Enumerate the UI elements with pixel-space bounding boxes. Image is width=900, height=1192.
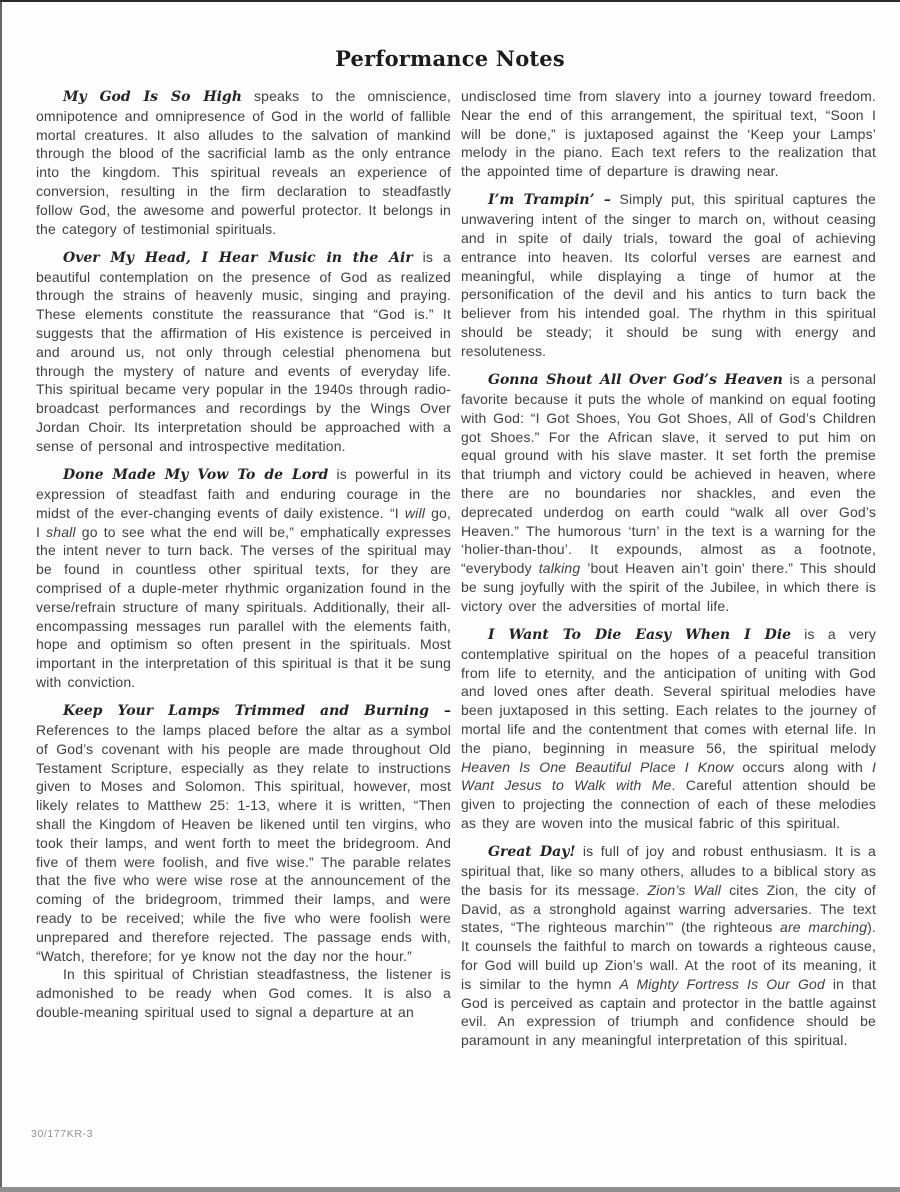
text-run: occurs along with — [733, 759, 872, 775]
footer-plate-number: 30/177KR-3 — [31, 1128, 93, 1140]
paragraph-lead-title: I’m Trampin’ – — [488, 192, 611, 208]
paragraph-lead-title: Done Made My Vow To de Lord — [63, 467, 328, 483]
left-column: My God Is So High speaks to the omniscie… — [36, 87, 451, 1050]
italic-text-run: talking — [539, 560, 581, 576]
italic-text-run: Heaven Is One Beautiful Place I Know — [461, 759, 733, 775]
paragraph: My God Is So High speaks to the omniscie… — [36, 87, 451, 238]
paragraph: Done Made My Vow To de Lord is powerful … — [36, 465, 451, 692]
paragraph: Gonna Shout All Over God’s Heaven is a p… — [461, 370, 876, 615]
paragraph-lead-title: I Want To Die Easy When I Die — [488, 627, 791, 643]
paragraph: Keep Your Lamps Trimmed and Burning – Re… — [36, 701, 451, 965]
paragraph-lead-title: Gonna Shout All Over God’s Heaven — [488, 372, 783, 388]
text-run: is a very contemplative spiritual on the… — [461, 626, 876, 756]
paragraph: I’m Trampin’ – Simply put, this spiritua… — [461, 190, 876, 360]
italic-text-run: are marching — [780, 919, 867, 935]
scan-edge-bottom-bar — [0, 1187, 900, 1192]
text-run: is a beautiful contemplation on the pres… — [36, 249, 451, 454]
text-run: speaks to the omniscience, omnipotence a… — [36, 88, 451, 237]
italic-text-run: shall — [46, 524, 76, 540]
paragraph-lead-title: My God Is So High — [63, 89, 242, 105]
paragraph: Great Day! is full of joy and robust ent… — [461, 842, 876, 1050]
paragraph: Over My Head, I Hear Music in the Air is… — [36, 248, 451, 456]
paragraph-lead-title: Keep Your Lamps Trimmed and Burning – — [63, 703, 451, 719]
text-run: Simply put, this spiritual captures the … — [461, 191, 876, 358]
page-title: Performance Notes — [0, 0, 900, 71]
columns-container: My God Is So High speaks to the omniscie… — [36, 87, 876, 1050]
scan-edge-left-line — [0, 0, 2, 1192]
text-run: undisclosed time from slavery into a jou… — [461, 88, 876, 179]
text-run: is a personal favorite because it puts t… — [461, 371, 876, 576]
text-run: In this spiritual of Christian steadfast… — [36, 966, 451, 1020]
right-column: undisclosed time from slavery into a jou… — [461, 87, 876, 1050]
page: Performance Notes My God Is So High spea… — [0, 0, 900, 1192]
paragraph: I Want To Die Easy When I Die is a very … — [461, 625, 876, 833]
paragraph-lead-title: Great Day! — [488, 844, 576, 860]
paragraph: undisclosed time from slavery into a jou… — [461, 87, 876, 181]
scan-edge-top-line — [0, 0, 900, 2]
text-run: go to see what the end will be,” emphati… — [36, 524, 451, 690]
paragraph-lead-title: Over My Head, I Hear Music in the Air — [63, 250, 413, 266]
paragraph: In this spiritual of Christian steadfast… — [36, 965, 451, 1021]
italic-text-run: Zion’s Wall — [648, 882, 722, 898]
italic-text-run: A Mighty Fortress Is Our God — [620, 976, 825, 992]
text-run: References to the lamps placed before th… — [36, 722, 451, 964]
italic-text-run: will — [405, 505, 425, 521]
